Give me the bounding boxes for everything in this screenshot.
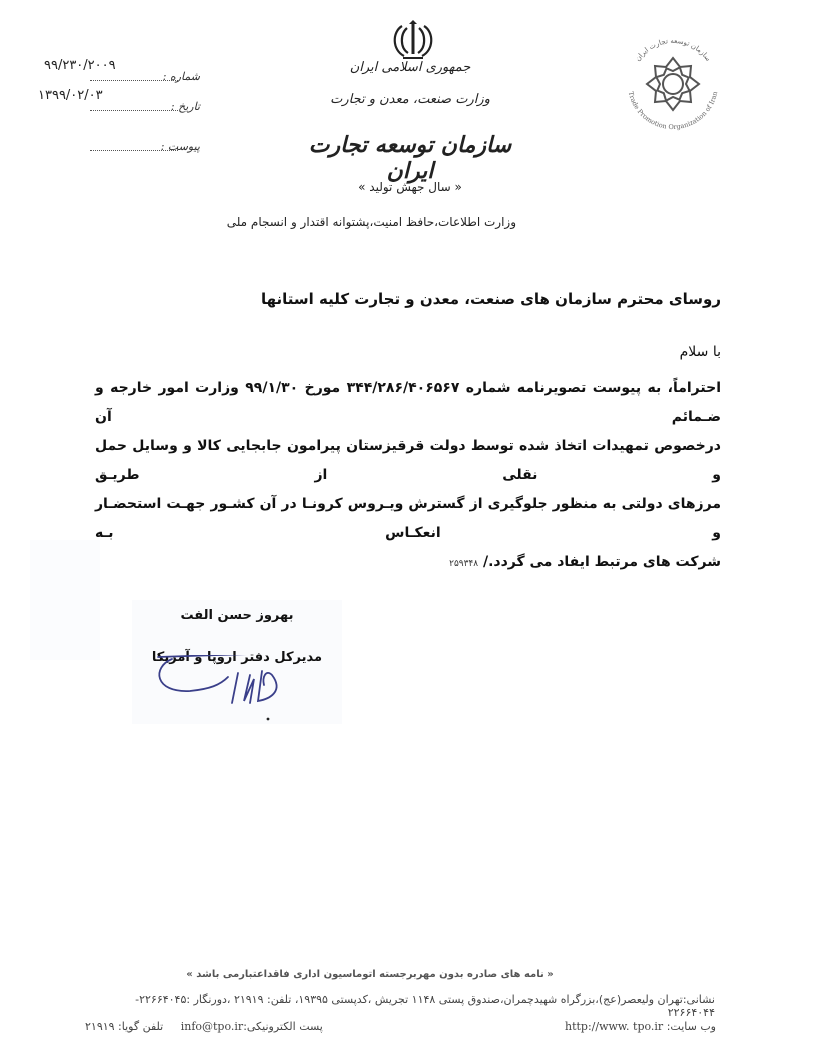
- letter-number-field: شماره : ۹۹/۲۳۰/۲۰۰۹: [30, 66, 200, 88]
- phone-label: تلفن گویا:: [118, 1020, 163, 1033]
- attachment-label: پیوست :: [161, 140, 200, 153]
- dotted-line: [90, 110, 178, 111]
- letter-body: احتراماً، به پیوست تصویرنامه شماره ۳۴۴/۲…: [95, 374, 721, 579]
- header-ministry: وزارت صنعت، معدن و تجارت: [300, 92, 520, 107]
- footer-address: نشانی:تهران ولیعصر(عج)،بزرگراه شهیدچمران…: [85, 993, 715, 1019]
- footer-website: وب سایت: http://www. tpo.ir: [565, 1020, 716, 1033]
- letter-date-label: تاریخ :: [171, 100, 200, 113]
- header-organization: سازمان توسعه تجارت ایران: [300, 132, 520, 184]
- signer-name: بهروز حسن الفت: [132, 608, 342, 623]
- email-label: پست الکترونیکی:: [243, 1020, 323, 1033]
- scan-artifact: [30, 540, 100, 660]
- letter-greeting: با سلام: [680, 344, 721, 360]
- header-republic: جمهوری اسلامی ایران: [300, 60, 520, 75]
- handwritten-signature-icon: [150, 655, 310, 725]
- body-line-last: شرکت های مرتبط ایفاد می گردد./ ۲۵۹۳۴۸: [95, 548, 721, 579]
- dotted-line: [90, 150, 178, 151]
- email-link[interactable]: info@tpo.ir: [181, 1020, 243, 1033]
- ministry-intelligence-slogan: وزارت اطلاعات،حافظ امنیت،پشتوانه اقتدار …: [227, 215, 516, 229]
- phone-value: ۲۱۹۱۹: [85, 1020, 115, 1033]
- letter-number-value: ۹۹/۲۳۰/۲۰۰۹: [44, 58, 116, 73]
- body-line: درخصوص تمهیدات اتخاذ شده توسط دولت قرقیز…: [95, 432, 721, 490]
- body-line: شرکت های مرتبط ایفاد می گردد./: [483, 554, 721, 570]
- body-line: احتراماً، به پیوست تصویرنامه شماره ۳۴۴/۲…: [95, 374, 721, 432]
- footer-contact: پست الکترونیکی:info@tpo.ir تلفن گویا: ۲۱…: [85, 1020, 323, 1033]
- attachment-field: پیوست :: [30, 136, 200, 158]
- footer-validity-note: « نامه های صادره بدون مهربرجسته اتوماسیو…: [180, 969, 560, 980]
- letter-date-value: ۱۳۹۹/۰۲/۰۳: [38, 88, 103, 103]
- dotted-line: [90, 80, 178, 81]
- year-slogan: « سال جهش تولید »: [300, 180, 520, 194]
- iran-emblem-icon: [388, 18, 438, 62]
- website-link[interactable]: http://www. tpo.ir: [565, 1020, 663, 1033]
- tpo-logo-icon: سازمان توسعه تجارت ایران Trade Promotion…: [618, 32, 728, 136]
- letter-date-field: تاریخ : ۱۳۹۹/۰۲/۰۳: [30, 96, 200, 118]
- body-line: مرزهای دولتی به منظور جلوگیری از گسترش و…: [95, 490, 721, 548]
- website-label: وب سایت:: [667, 1020, 716, 1033]
- reference-code: ۲۵۹۳۴۸: [449, 559, 478, 569]
- letter-recipient: روسای محترم سازمان های صنعت، معدن و تجار…: [261, 290, 721, 308]
- letter-number-label: شماره :: [163, 70, 200, 83]
